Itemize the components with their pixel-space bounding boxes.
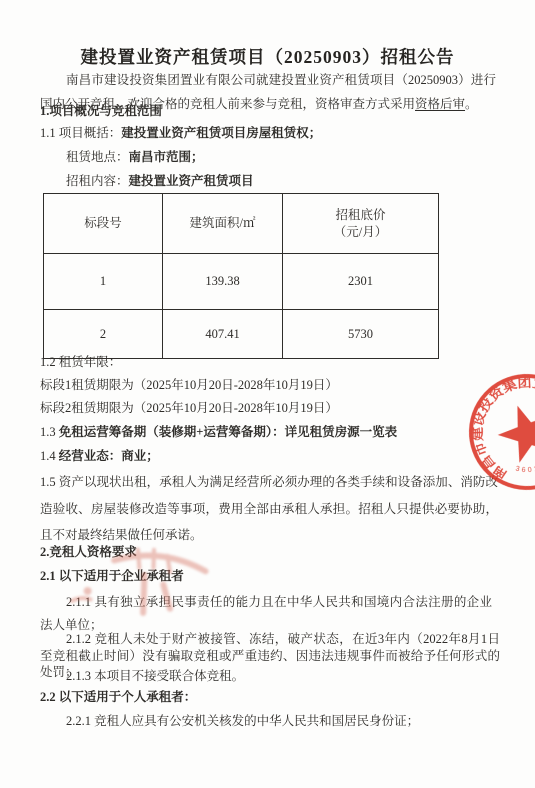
header-lot-number: 标段号 <box>44 194 163 254</box>
page-title: 建投置业资产租赁项目（20250903）招租公告 <box>0 44 535 69</box>
rental-location-label: 租赁地点： <box>66 150 129 164</box>
faint-stamp-impression <box>63 525 228 660</box>
header-base-price-line1: 招租底价 <box>335 207 385 224</box>
term-lot1: 标段1租赁期限为（2025年10月20日-2028年10月19日） <box>40 377 338 394</box>
cell-area: 407.41 <box>163 310 283 359</box>
header-building-area: 建筑面积/㎡ <box>163 194 283 254</box>
cell-lot: 2 <box>44 310 163 359</box>
rental-content-label: 招租内容： <box>66 174 129 188</box>
rental-content-value: 建投置业资产租赁项目 <box>129 174 254 188</box>
item-1-4: 1.4 经营业态：商业； <box>40 448 159 465</box>
cell-price: 2301 <box>283 254 439 310</box>
cell-lot: 1 <box>44 254 163 310</box>
rental-location-value: 南昌市范围； <box>129 150 204 164</box>
item-2-2-1: 2.2.1 竞租人应具有公安机关核发的中华人民共和国居民身份证； <box>66 713 419 730</box>
item-1-1: 1.1 项目概括：建投置业资产租赁项目房屋租赁权； <box>40 125 321 142</box>
item-1-4-text: 经营业态：商业； <box>59 449 159 463</box>
document-page: 建投置业资产租赁项目（20250903）招租公告 南昌市建设投资集团置业有限公司… <box>0 0 535 788</box>
header-base-price: 招租底价 （元/月） <box>283 194 439 254</box>
rental-content: 招租内容：建投置业资产租赁项目 <box>66 173 254 190</box>
seal-serial-number: 360101 <box>513 454 535 481</box>
seal-star-icon <box>491 396 535 467</box>
cell-area: 139.38 <box>163 254 283 310</box>
item-1-3-text: 免租运营筹备期（装修期+运营筹备期）：详见租赁房源一览表 <box>59 425 397 439</box>
cell-price: 5730 <box>283 310 439 359</box>
item-1-1-label: 1.1 项目概括： <box>40 126 121 140</box>
lots-table: 标段号 建筑面积/㎡ 招租底价 （元/月） 1 139.38 2301 2 40… <box>43 193 439 359</box>
item-2-2: 2.2 以下适用于个人承租者： <box>40 689 196 706</box>
table-row: 1 139.38 2301 <box>44 254 439 310</box>
item-1-4-num: 1.4 <box>40 449 59 463</box>
item-1-1-value: 建投置业资产租赁项目房屋租赁权； <box>121 126 321 140</box>
term-lot2: 标段2租赁期限为（2025年10月20日-2028年10月19日） <box>40 400 338 417</box>
intro-underlined-phrase: 资格后审 <box>415 97 465 111</box>
intro-period: 。 <box>465 97 478 111</box>
rental-location: 租赁地点：南昌市范围； <box>66 149 204 166</box>
item-1-2: 1.2 租赁年限： <box>40 354 121 371</box>
item-1-3: 1.3 免租运营筹备期（装修期+运营筹备期）：详见租赁房源一览表 <box>40 424 397 441</box>
table-header-row: 标段号 建筑面积/㎡ 招租底价 （元/月） <box>44 194 439 254</box>
table-row: 2 407.41 5730 <box>44 310 439 359</box>
item-1-3-num: 1.3 <box>40 425 59 439</box>
header-base-price-line2: （元/月） <box>334 224 387 241</box>
item-2-1-3: 2.1.3 本项目不接受联合体竞租。 <box>66 668 244 685</box>
section1-heading: 1.项目概况与竞租范围 <box>40 103 162 120</box>
